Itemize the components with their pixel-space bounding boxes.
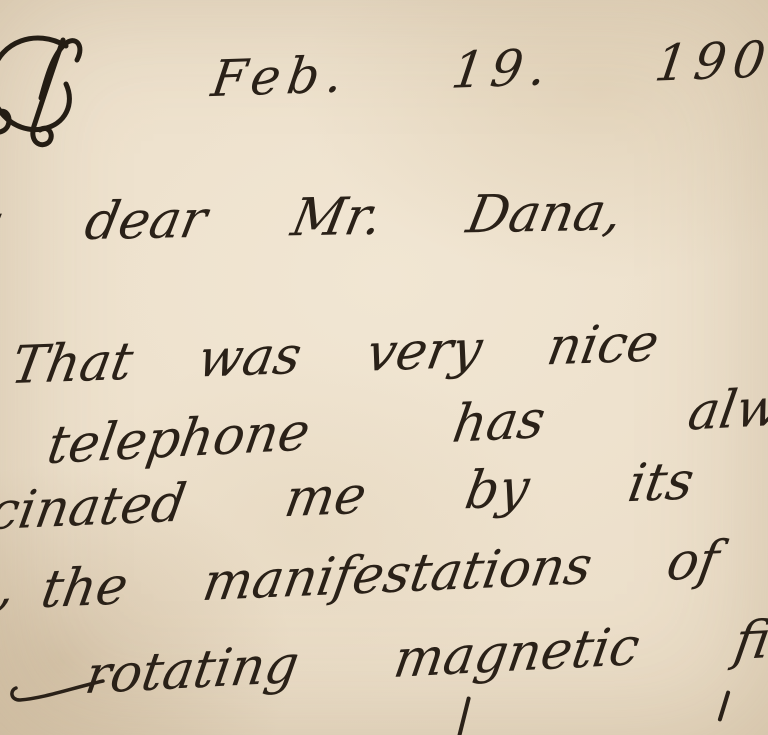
cut-stroke-fragment-bottom [717,690,730,722]
salutation-line: y dear Mr. Dana, [0,185,627,254]
body-line-1: That was very nice [7,315,663,395]
body-line-5: rotating magnetic fie [81,610,768,705]
letter-sheet: Feb. 19. 1901. y dear Mr. Dana, That was… [0,0,768,735]
cut-stroke-fragment-left: , [0,558,19,617]
cut-stroke-fragment-bottom [457,696,471,735]
nt-script-monogram-icon [0,20,108,150]
date-line: Feb. 19. 1901. [208,30,768,107]
body-line-4: the manifestations of p [37,527,768,619]
